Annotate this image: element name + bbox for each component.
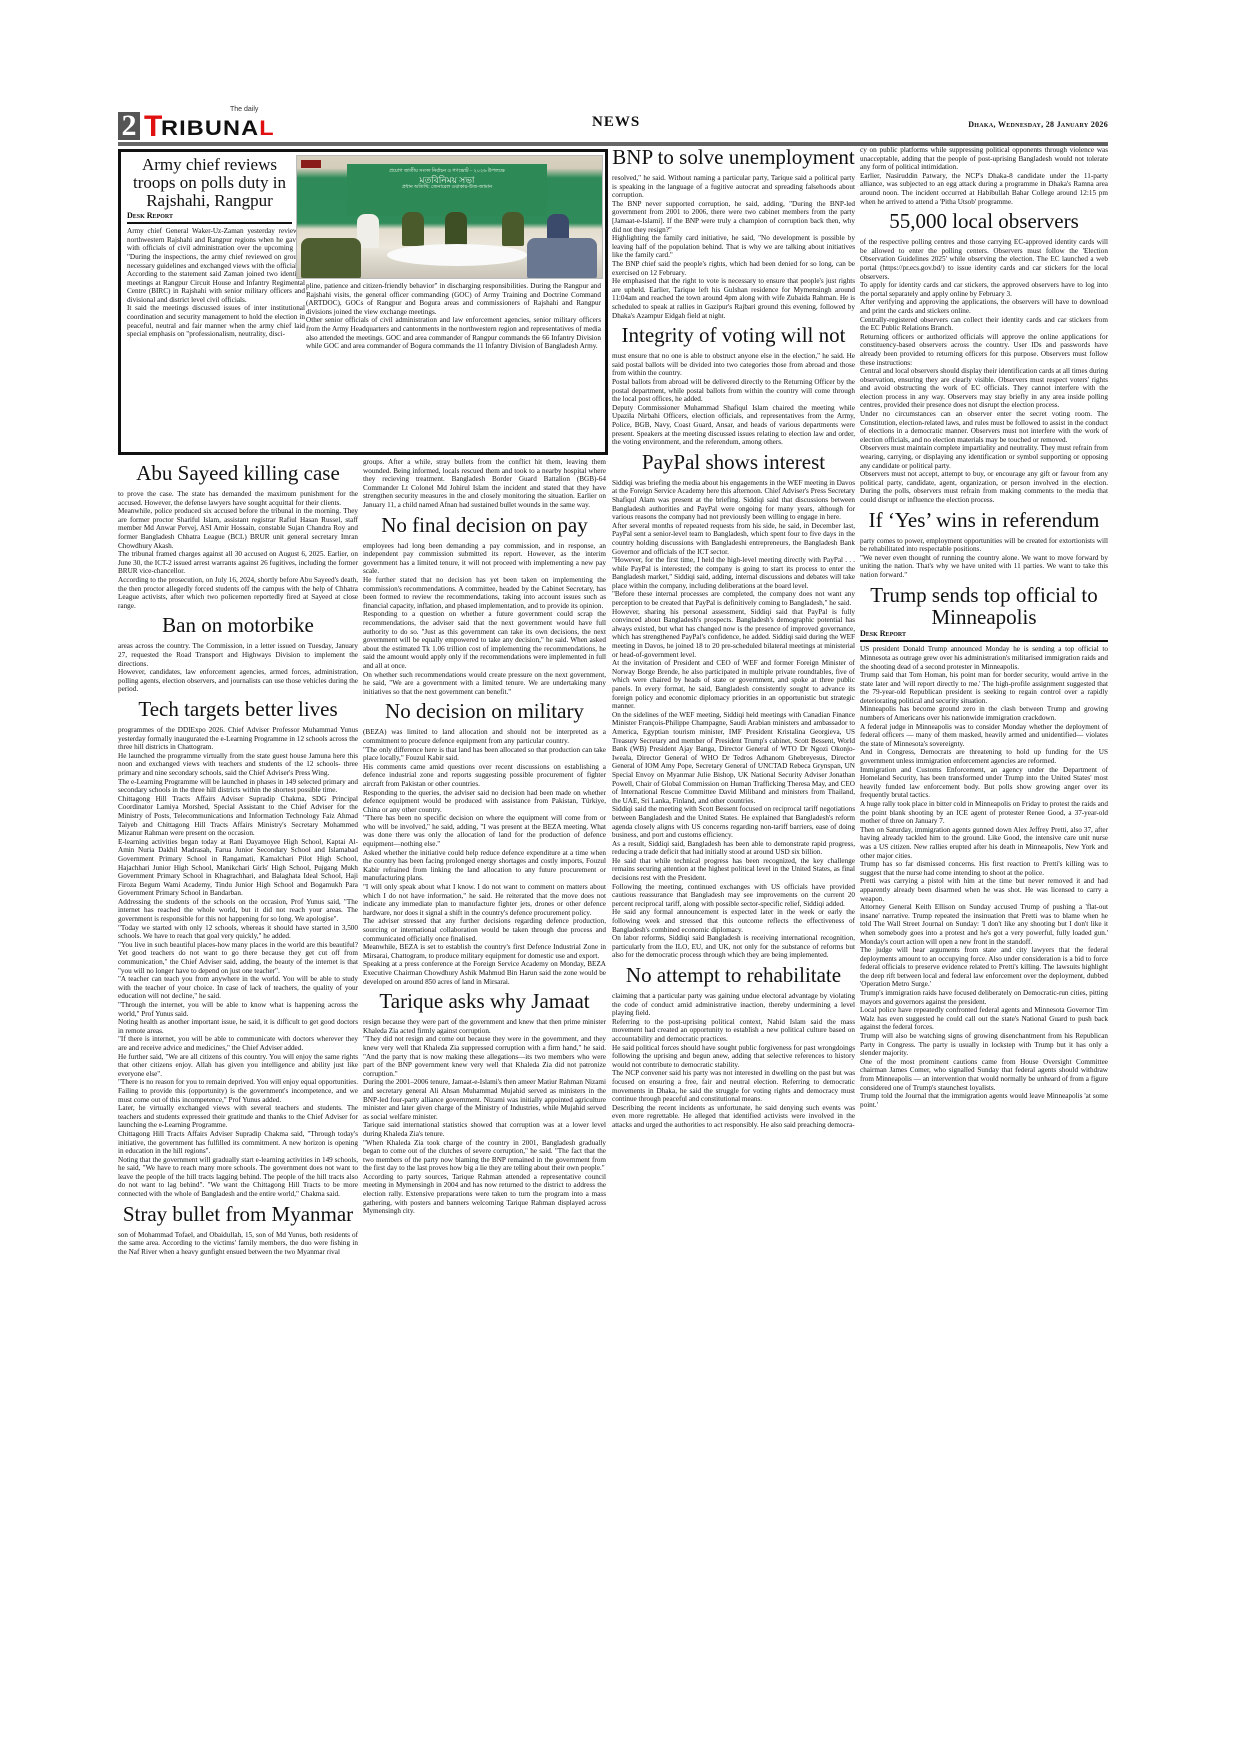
paragraph: Tarique said international statistics sh… — [363, 1121, 606, 1138]
paragraph: Highlighting the family card initiative,… — [612, 234, 855, 260]
paragraph: Trump's immigration raids have focused d… — [860, 989, 1108, 1006]
headline: Army chief reviews troops on polls duty … — [127, 156, 292, 210]
paragraph: Earlier, Nasiruddin Patwary, the NCP's D… — [860, 172, 1108, 206]
paragraph: On the sidelines of the WEF meeting, Sid… — [612, 711, 855, 806]
paragraph: Returning officers or authorized officia… — [860, 333, 1108, 367]
paragraph: "Before these internal processes are com… — [612, 590, 855, 607]
paragraph: employees had long been demanding a pay … — [363, 542, 606, 576]
paragraph: Speaking at a press conference at the Fo… — [363, 960, 606, 986]
lead-story-army-chief: Army chief reviews troops on polls duty … — [118, 149, 608, 455]
paragraph: The tribunal framed charges against all … — [118, 550, 358, 576]
paragraph: Observers must maintain complete imparti… — [860, 444, 1108, 470]
paragraph: Attorney General Keith Ellison on Sunday… — [860, 903, 1108, 946]
paragraph: Then on Saturday, immigration agents gun… — [860, 826, 1108, 860]
paragraph: groups. After a while, stray bullets fro… — [363, 458, 606, 510]
paragraph: "Today we started with only 12 schools, … — [118, 924, 358, 941]
paragraph: The judge will hear arguments from state… — [860, 946, 1108, 989]
paragraph: "The only difference here is that land h… — [363, 746, 606, 763]
paragraph: "Through the internet, you will be able … — [118, 1001, 358, 1018]
paragraph: He said political forces should have sou… — [612, 1044, 855, 1070]
paragraph: Trump said that Tom Homan, his point man… — [860, 671, 1108, 705]
logo-initial: T — [144, 114, 161, 140]
paragraph: Referring to the post-uprising political… — [612, 1018, 855, 1044]
paragraph: His comments came amid questions over re… — [363, 763, 606, 789]
paragraph: Centrally-registered observers can colle… — [860, 316, 1108, 333]
headline-referendum: If ‘Yes’ wins in referendum — [860, 509, 1108, 531]
paragraph: Responding to the queries, the adviser s… — [363, 789, 606, 815]
paragraph: Meanwhile, police produced six accused b… — [118, 507, 358, 550]
person-figure — [402, 212, 424, 246]
byline: Desk Report — [860, 630, 1108, 639]
paragraph: Asked whether the initiative could help … — [363, 849, 606, 883]
people-group — [527, 238, 597, 278]
conference-table — [387, 244, 527, 266]
paragraph: US president Donald Trump announced Mond… — [860, 645, 1108, 671]
paragraph: During the 2001–2006 tenure, Jamaat-e-Is… — [363, 1078, 606, 1121]
column-2: groups. After a while, stray bullets fro… — [363, 458, 606, 1216]
byline-rule — [860, 640, 1108, 642]
column-3: BNP to solve unemployment resolved," he … — [612, 146, 855, 1130]
paragraph: "However, for the first time, I held the… — [612, 556, 855, 590]
paragraph: According to the prosecution, on July 16… — [118, 576, 358, 610]
paragraph: "I will only speak about what I know. I … — [363, 883, 606, 917]
column-1: Abu Sayeed killing case to prove the cas… — [118, 458, 358, 1257]
paragraph: Meanwhile, BEZA is set to establish the … — [363, 943, 606, 960]
paragraph: According to party sources, Tarique Rahm… — [363, 1173, 606, 1216]
page-number: 2 — [118, 112, 140, 140]
photo-banner: প্রয়োগ জাতীয় সংসদ নির্বাচন ও গণভোট – ২… — [347, 164, 547, 216]
section-title: NEWS — [592, 114, 640, 131]
paragraph: The BNP chief said the people's rights, … — [612, 260, 855, 277]
paragraph: Describing the recent incidents as unfor… — [612, 1104, 855, 1130]
logo-wordmark: RIBUNAL — [161, 118, 275, 140]
byline: Desk Report — [127, 212, 292, 221]
paragraph: Trump told the Journal that the immigrat… — [860, 1092, 1108, 1109]
paragraph: Noting health as another important issue… — [118, 1018, 358, 1035]
paragraph: Minneapolis has become ground zero in th… — [860, 705, 1108, 722]
byline-rule — [127, 222, 292, 224]
paragraph: "When Khaleda Zia took charge of the cou… — [363, 1139, 606, 1173]
paragraph: Deputy Commissioner Muhammad Shafiqul Is… — [612, 404, 855, 447]
army-col2: pline, patience and citizen-friendly beh… — [306, 282, 601, 351]
paragraph: On labor reforms, Siddiqi said Banglades… — [612, 934, 855, 960]
paragraph: It said the meetings discussed issues of… — [127, 304, 305, 338]
person-figure — [502, 212, 524, 246]
paragraph: And in Congress, Democrats are threateni… — [860, 748, 1108, 765]
headline-motorbike: Ban on motorbike — [118, 614, 358, 636]
paragraph: areas across the country. The Commission… — [118, 642, 358, 668]
paragraph: Immigration and Customs Enforcement, an … — [860, 766, 1108, 800]
column-4: cy on public platforms while suppressing… — [860, 146, 1108, 1109]
headline-integrity: Integrity of voting will not — [612, 324, 855, 346]
headline-abu-sayeed: Abu Sayeed killing case — [118, 462, 358, 484]
people-group — [301, 238, 361, 278]
headline-pay: No final decision on pay — [363, 514, 606, 536]
paragraph: Later, he virtually exchanged views with… — [118, 1104, 358, 1130]
paragraph: The adviser stressed that any further de… — [363, 917, 606, 943]
masthead: 2 T RIBUNAL The daily NEWS Dhaka, Wednes… — [118, 108, 1108, 142]
paragraph: Trump has so far dismissed concerns. His… — [860, 860, 1108, 877]
paragraph: On whether such recommendations would cr… — [363, 671, 606, 697]
paragraph: As a result, Siddiqi said, Bangladesh ha… — [612, 840, 855, 857]
headline-bnp: BNP to solve unemployment — [612, 146, 855, 168]
headline-tarique: Tarique asks why Jamaat — [363, 990, 606, 1012]
paragraph: He further said, "We are all citizens of… — [118, 1053, 358, 1079]
paragraph: Following the meeting, continued exchang… — [612, 883, 855, 909]
logo-tagline: The daily — [230, 106, 258, 113]
paragraph: Addressing the students of the schools o… — [118, 898, 358, 924]
paragraph: (BEZA) was limited to land allocation an… — [363, 728, 606, 745]
paragraph: However, sharing his personal assessment… — [612, 608, 855, 660]
paragraph: To apply for identity cards and car stic… — [860, 281, 1108, 298]
headline-paypal: PayPal shows interest — [612, 451, 855, 473]
paragraph: One of the most prominent cautions came … — [860, 1058, 1108, 1092]
paragraph: "You live in such beautiful places-how m… — [118, 941, 358, 975]
paragraph: At the invitation of President and CEO o… — [612, 659, 855, 711]
paragraph: resolved," he said. Without naming a par… — [612, 174, 855, 200]
paragraph: Postal ballots from abroad will be deliv… — [612, 378, 855, 404]
paragraph: He said any formal announcement is expec… — [612, 908, 855, 934]
paragraph: Observers must not accept, attempt to bu… — [860, 470, 1108, 504]
paragraph: Chittagong Hill Tracts Affairs Adviser S… — [118, 1130, 358, 1156]
paragraph: "They did not resign and come out becaus… — [363, 1035, 606, 1078]
paragraph: "There is no reason for you to remain de… — [118, 1078, 358, 1104]
paragraph: Trump will also be watching signs of gro… — [860, 1032, 1108, 1058]
paragraph: Chittagong Hill Tracts Affairs Adviser S… — [118, 795, 358, 838]
headline-trump: Trump sends top official to Minneapolis — [860, 584, 1108, 628]
paragraph: E-learning activities began today at Ran… — [118, 838, 358, 898]
headline-rehabilitate: No attempt to rehabilitate — [612, 964, 855, 986]
paragraph: He said that while technical progress ha… — [612, 857, 855, 883]
news-photo-army-meeting: প্রয়োগ জাতীয় সংসদ নির্বাচন ও গণভোট – ২… — [296, 155, 603, 279]
headline-tech: Tech targets better lives — [118, 698, 358, 720]
paragraph: According to the statement said Zaman jo… — [127, 270, 305, 304]
paragraph: programmes of the DDIExpo 2026. Chief Ad… — [118, 726, 358, 752]
paragraph: He launched the programme virtually from… — [118, 752, 358, 778]
paragraph: Pretti was carrying a pistol with him at… — [860, 877, 1108, 903]
paragraph: After verifying and approving the applic… — [860, 298, 1108, 315]
paragraph: party comes to power, employment opportu… — [860, 537, 1108, 554]
paragraph: of the respective polling centres and th… — [860, 238, 1108, 281]
paragraph: He further stated that no decision has y… — [363, 576, 606, 610]
paragraph: Siddiqi said the meeting with Scott Bess… — [612, 805, 855, 839]
paragraph: A federal judge in Minneapolis was to co… — [860, 723, 1108, 749]
paragraph: must ensure that no one is able to obstr… — [612, 352, 855, 378]
paragraph: Responding to a question on whether a fu… — [363, 610, 606, 670]
paragraph: claiming that a particular party was gai… — [612, 992, 855, 1018]
paragraph: Noting that the government will graduall… — [118, 1156, 358, 1199]
headline-military: No decision on military — [363, 700, 606, 722]
army-col1: Army chief reviews troops on polls duty … — [127, 154, 292, 339]
paragraph: resign because they were part of the gov… — [363, 1018, 606, 1035]
dateline: Dhaka, Wednesday, 28 January 2026 — [968, 120, 1108, 129]
paragraph: The e-Learning Programme will be launche… — [118, 778, 358, 795]
paragraph: After several months of repeated request… — [612, 522, 855, 556]
paragraph: The NCP convener said his party was not … — [612, 1069, 855, 1103]
headline-stray-bullet: Stray bullet from Myanmar — [118, 1203, 358, 1225]
newspaper-page: 2 T RIBUNAL The daily NEWS Dhaka, Wednes… — [118, 108, 1108, 146]
headline-observers: 55,000 local observers — [860, 210, 1108, 232]
paragraph: However, candidates, law enforcement age… — [118, 668, 358, 694]
paragraph: A huge rally took place in bitter cold i… — [860, 800, 1108, 826]
paragraph: cy on public platforms while suppressing… — [860, 146, 1108, 172]
paragraph: The BNP never supported corruption, he s… — [612, 200, 855, 234]
paragraph: Local police have repeatedly confronted … — [860, 1006, 1108, 1032]
paragraph: "We never even thought of running the co… — [860, 554, 1108, 580]
channel-logo — [301, 160, 321, 168]
paragraph: Other senior officials of civil administ… — [306, 316, 601, 350]
paragraph: pline, patience and citizen-friendly beh… — [306, 282, 601, 316]
paragraph: Central and local observers should displ… — [860, 367, 1108, 410]
paragraph: Siddiqi was briefing the media about his… — [612, 479, 855, 522]
paragraph: Under no circumstances can an observer e… — [860, 410, 1108, 444]
paragraph: son of Mohammad Tofael, and Obaidullah, … — [118, 1231, 358, 1257]
person-figure — [445, 212, 467, 246]
tribunal-logo: 2 T RIBUNAL The daily — [118, 110, 263, 140]
paragraph: "There has been no specific decision on … — [363, 814, 606, 848]
paragraph: "If there is internet, you will be able … — [118, 1035, 358, 1052]
paragraph: "A teacher can teach you from anywhere i… — [118, 975, 358, 1001]
paragraph: He emphasised that the right to vote is … — [612, 277, 855, 320]
paragraph: to prove the case. The state has demande… — [118, 490, 358, 507]
